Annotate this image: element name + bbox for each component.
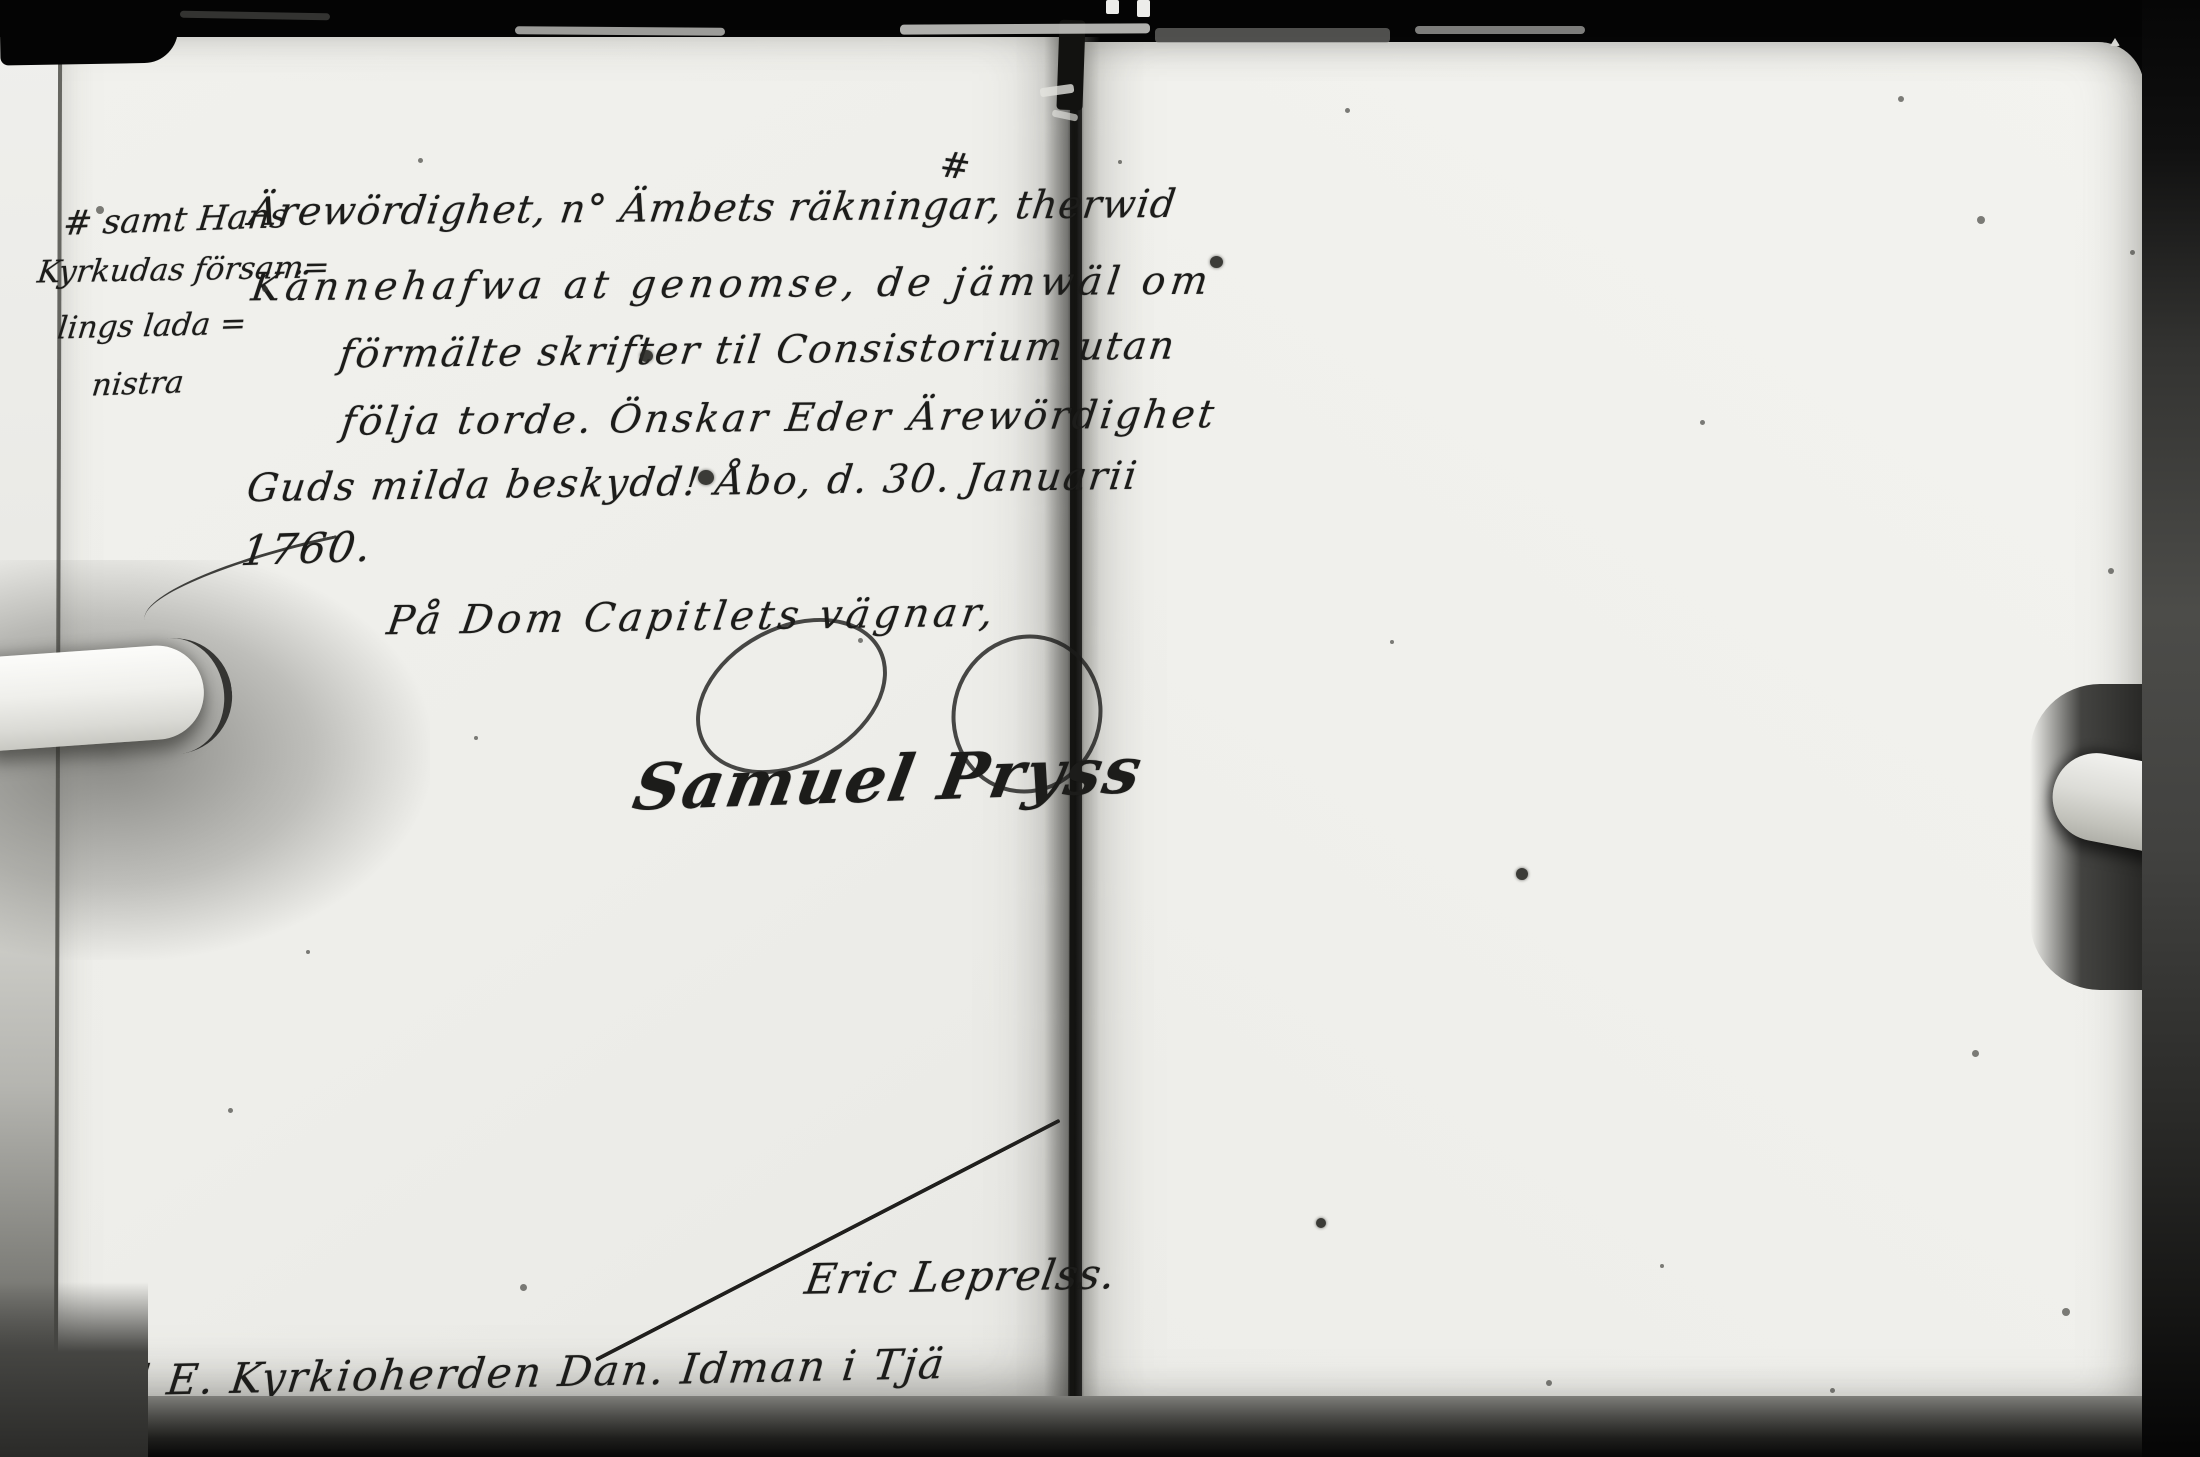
- margin-note: nistra: [90, 364, 186, 403]
- photo-right-border: [2142, 0, 2200, 1457]
- closing-line: På Dom Capitlets vägnar,: [384, 590, 1000, 644]
- film-edge-mark: [1137, 0, 1150, 17]
- dust-speck: [1977, 216, 1985, 224]
- dust-speck: [1345, 108, 1350, 113]
- manuscript-right-page-blank: [1082, 42, 2144, 1406]
- archival-photo-scan: # samt Hans Kyrkudas försam= lings lada …: [0, 0, 2200, 1457]
- torn-edge-streak: [1155, 28, 1390, 43]
- insertion-mark: #: [937, 144, 973, 189]
- dust-speck: [858, 638, 863, 643]
- dust-speck: [2130, 250, 2135, 255]
- dust-speck: [1830, 1388, 1835, 1393]
- body-line: Kännehafwa at genomse, de jämwäl om: [249, 259, 1216, 311]
- dust-speck: [520, 1284, 527, 1291]
- dust-speck: [1390, 640, 1394, 644]
- dust-speck: [2108, 568, 2114, 574]
- film-edge-mark: [1106, 0, 1119, 14]
- ink-blot: [1210, 256, 1223, 268]
- dust-speck: [474, 736, 478, 740]
- torn-edge-streak: [1415, 26, 1585, 34]
- photo-bottom-border: [0, 1396, 2200, 1457]
- body-line: följa torde. Önskar Eder Ärewördighet: [339, 392, 1220, 445]
- dust-speck: [2062, 1308, 2070, 1316]
- left-clip-shadow: [0, 560, 430, 960]
- torn-edge-streak: [515, 26, 725, 35]
- ink-blot: [1316, 1218, 1326, 1228]
- dust-speck: [96, 206, 104, 214]
- dust-speck: [228, 1108, 233, 1113]
- body-line: förmälte skrifter til Consistorium utan: [336, 324, 1178, 378]
- photo-top-left-corner: [0, 0, 179, 66]
- ink-blot: [698, 470, 714, 485]
- dust-speck: [1898, 96, 1904, 102]
- dust-speck: [262, 286, 268, 292]
- ink-blot: [640, 350, 653, 362]
- signature-secondary: Eric Leprelss.: [802, 1249, 1120, 1303]
- film-edge-mark: [2110, 38, 2120, 46]
- ink-blot: [1516, 868, 1528, 880]
- dust-speck: [1972, 1050, 1979, 1057]
- left-page-holder-clip: [0, 643, 207, 752]
- dust-speck: [1118, 160, 1122, 164]
- torn-edge-streak: [900, 23, 1150, 34]
- photo-bottom-left-corner: [0, 1282, 148, 1457]
- dust-speck: [1546, 1380, 1552, 1386]
- dust-speck: [418, 158, 423, 163]
- dust-speck: [1700, 420, 1705, 425]
- body-line: Ärewördighet, n° Ämbets räkningar, therw…: [246, 182, 1179, 235]
- margin-note: lings lada =: [56, 306, 249, 347]
- dust-speck: [1660, 1264, 1664, 1268]
